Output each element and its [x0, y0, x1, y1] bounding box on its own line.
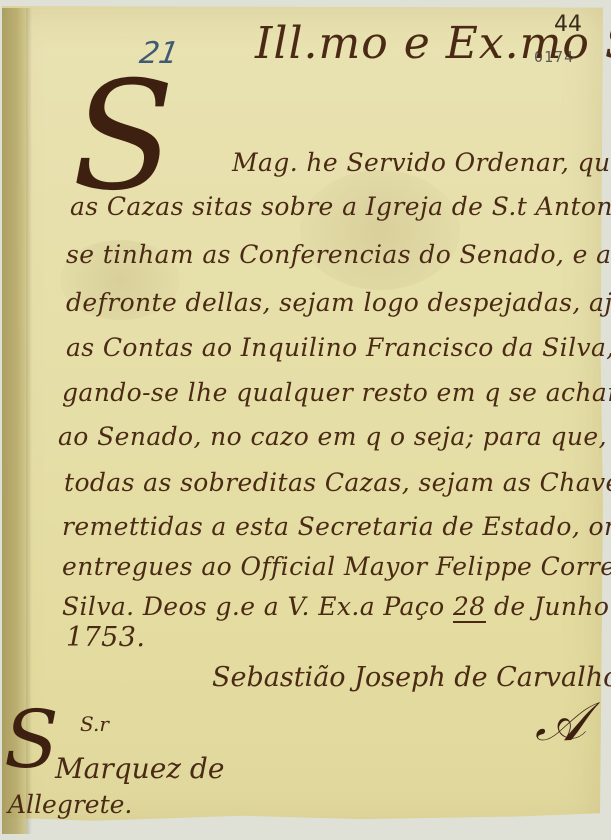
- decorated-initial: S: [72, 62, 175, 212]
- body-line-1: Mag. he Servido Ordenar, que: [232, 148, 611, 177]
- addressee-prefix: S.r: [80, 712, 109, 736]
- date-line: Silva. Deos g.e a V. Ex.a Paço 28 de Jun…: [62, 592, 611, 621]
- body-line-5: as Contas ao Inquilino Francisco da Silv…: [66, 333, 611, 362]
- body-line-3: se tinham as Conferencias do Senado, e a…: [66, 240, 611, 269]
- addressee-line-1: Marquez de: [55, 752, 224, 785]
- body-line-4: defronte dellas, sejam logo despejadas, …: [66, 288, 611, 317]
- signature: Sebastião Joseph de Carvalho e Mello: [212, 662, 611, 693]
- signature-flourish: 𝒜: [535, 690, 586, 754]
- body-line-9: remettidas a esta Secretaria de Estado, …: [62, 512, 611, 541]
- closing-text: Silva. Deos g.e a V. Ex.a Paço: [62, 592, 445, 621]
- paper-stain: [300, 170, 460, 290]
- addressee-initial: S: [4, 700, 59, 780]
- date-year: 1753.: [66, 622, 145, 653]
- date-month: de Junho de: [494, 592, 611, 621]
- body-line-7: ao Senado, no cazo em q o seja; para que…: [58, 422, 611, 451]
- addressee-line-2: Allegrete.: [8, 790, 132, 819]
- body-line-10: entregues ao Official Mayor Felippe Corr…: [62, 552, 611, 581]
- body-line-2: as Cazas sitas sobre a Igreja de S.t Ant…: [70, 192, 611, 221]
- date-day: 28: [453, 592, 486, 623]
- body-line-8: todas as sobreditas Cazas, sejam as Chav…: [64, 468, 611, 497]
- salutation: Ill.mo e Ex.mo S.r: [255, 18, 611, 69]
- body-line-6: gando-se lhe qualquer resto em q se acha…: [62, 378, 611, 407]
